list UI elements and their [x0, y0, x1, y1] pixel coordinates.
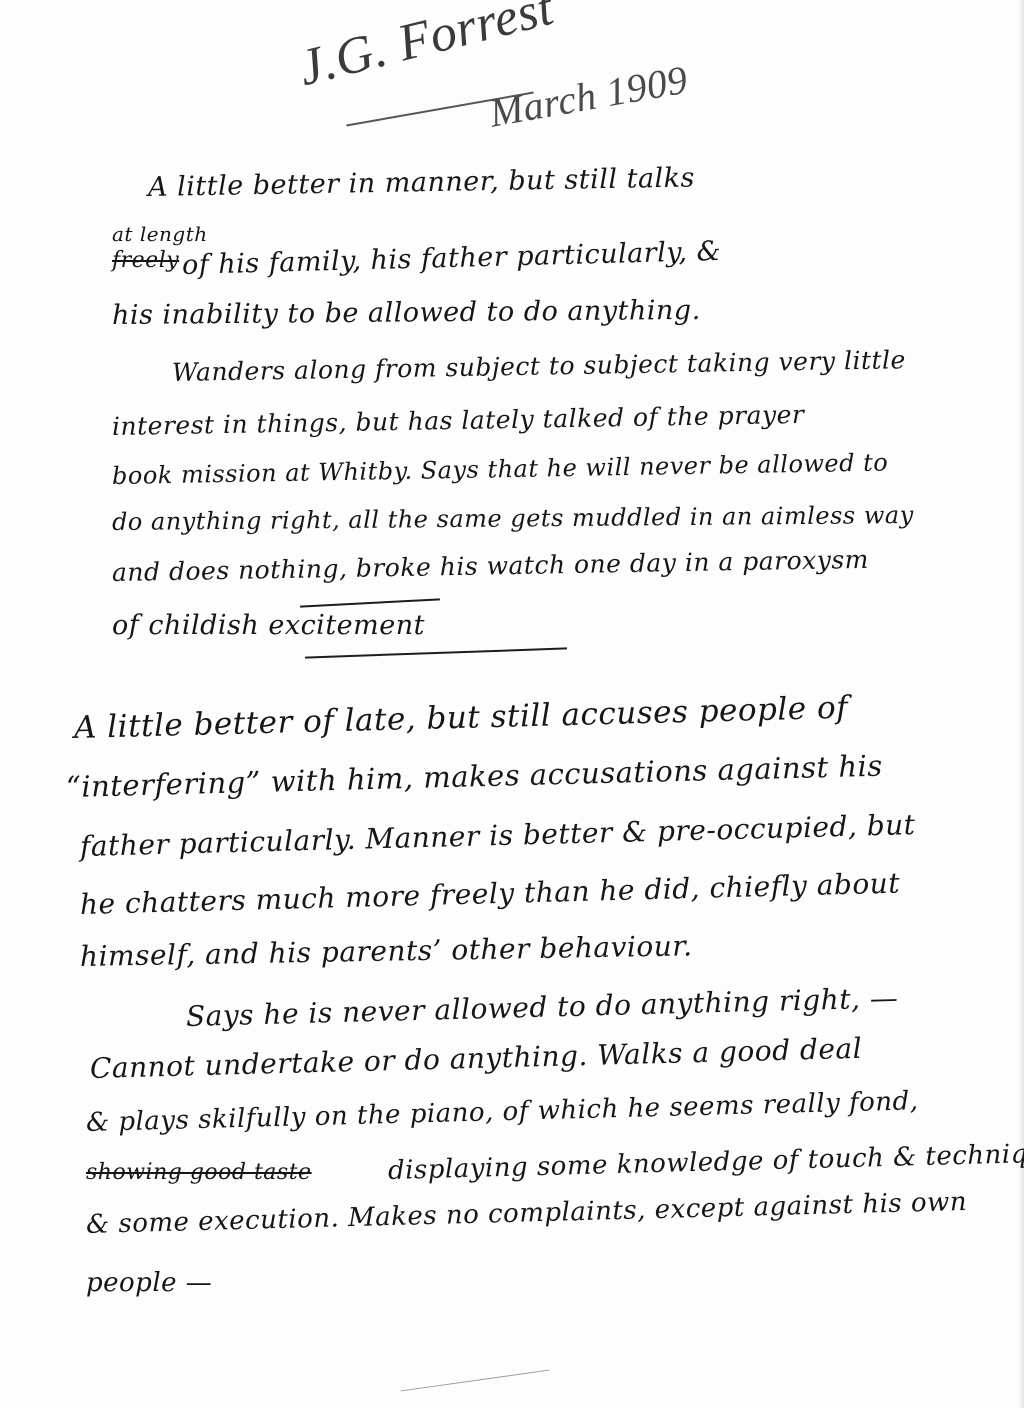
- entry-separator-rule: [305, 647, 567, 658]
- entry-2-line-6: Says he is never allowed to do anything …: [186, 981, 899, 1033]
- entry-1-line-9: of childish excitement: [112, 610, 425, 641]
- entry-2-line-10: & some execution. Makes no complaints, e…: [86, 1187, 968, 1240]
- entry-2-line-3: father particularly. Manner is better & …: [80, 808, 916, 863]
- bottom-smudge-mark: [401, 1370, 550, 1392]
- manuscript-page: J.G. Forrest March 1909 A little better …: [0, 0, 1024, 1408]
- entry-1-overline: [300, 598, 440, 607]
- entry-2-line-2: “interfering” with him, makes accusation…: [66, 749, 884, 804]
- entry-2-line-5: himself, and his parents’ other behaviou…: [80, 929, 693, 973]
- entry-1-line-5: interest in things, but has lately talke…: [112, 400, 805, 441]
- entry-2-line-9: displaying some knowledge of touch & tec…: [388, 1138, 1024, 1186]
- entry-1-line-1: A little better in manner, but still tal…: [148, 162, 695, 203]
- entry-1-line-6: book mission at Whitby. Says that he wil…: [112, 448, 889, 490]
- entry-2-struck-phrase: showing good taste: [86, 1160, 312, 1185]
- entry-1-line-8: and does nothing, broke his watch one da…: [112, 545, 869, 587]
- entry-2-line-1: A little better of late, but still accus…: [74, 690, 849, 746]
- entry-1-struck-word: freely: [112, 248, 179, 273]
- entry-1-line-7: do anything right, all the same gets mud…: [112, 501, 914, 536]
- page-edge-shadow: [1018, 0, 1024, 1408]
- entry-date: March 1909: [486, 56, 691, 137]
- entry-2-line-8: & plays skilfully on the piano, of which…: [86, 1086, 919, 1138]
- entry-1-line-3: his inability to be allowed to do anythi…: [112, 295, 701, 331]
- entry-1-line-4: Wanders along from subject to subject ta…: [172, 345, 906, 387]
- entry-2-line-11: people —: [86, 1268, 212, 1298]
- entry-1-insertion: at length: [112, 222, 208, 246]
- entry-2-line-7: Cannot undertake or do anything. Walks a…: [90, 1032, 863, 1085]
- entry-2-line-4: he chatters much more freely than he did…: [80, 867, 901, 921]
- entry-1-line-2: of his family, his father particularly, …: [182, 236, 722, 281]
